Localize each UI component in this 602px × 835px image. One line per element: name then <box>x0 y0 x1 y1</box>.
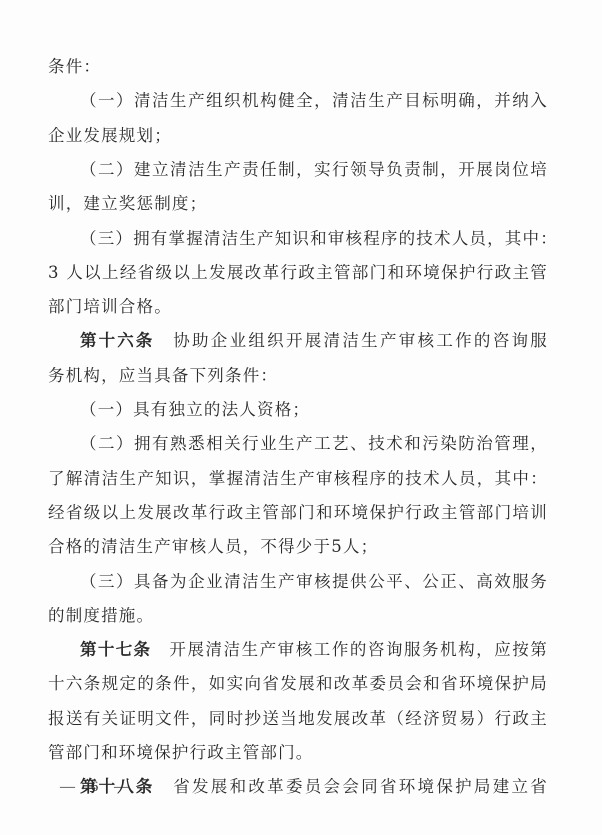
article-17-line: 第十七条 开展清洁生产审核工作的咨询服务机构，应按第 <box>80 639 548 661</box>
text-line: （三）具备为企业清洁生产审核提供公平、公正、高效服务 <box>80 571 548 593</box>
text-line: （二）拥有熟悉相关行业生产工艺、技术和污染防治管理， <box>80 433 548 455</box>
text-line: （一）清洁生产组织机构健全，清洁生产目标明确，并纳入 <box>80 90 548 112</box>
text-line: 管部门和环境保护行政主管部门。 <box>48 742 548 764</box>
text-line: 部门培训合格。 <box>48 296 548 318</box>
text-line: 十六条规定的条件，如实向省发展和改革委员会和省环境保护局 <box>48 673 548 695</box>
article-18-line: 第十八条 省发展和改革委员会会同省环境保护局建立省 <box>80 776 548 798</box>
text-line: （一）具有独立的法人资格； <box>80 399 548 421</box>
text-line: 务机构，应当具备下列条件： <box>48 365 548 387</box>
document-page: 条件： （一）清洁生产组织机构健全，清洁生产目标明确，并纳入 企业发展规划； （… <box>0 0 602 835</box>
text-line: 报送有关证明文件，同时抄送当地发展改革（经济贸易）行政主 <box>48 708 548 730</box>
article-text: 省发展和改革委员会会同省环境保护局建立省 <box>173 777 548 796</box>
text-line: 的制度措施。 <box>48 605 548 627</box>
text-line: 了解清洁生产知识，掌握清洁生产审核程序的技术人员，其中： <box>48 468 548 490</box>
text-line: 3 人以上经省级以上发展改革行政主管部门和环境保护行政主管 <box>48 262 548 284</box>
text-line: （二）建立清洁生产责任制，实行领导负责制，开展岗位培 <box>80 159 548 181</box>
text-line: 条件： <box>48 56 548 78</box>
text-line: 合格的清洁生产审核人员，不得少于5人； <box>48 536 548 558</box>
article-text: 协助企业组织开展清洁生产审核工作的咨询服 <box>173 331 548 350</box>
article-heading: 第十六条 <box>80 331 154 350</box>
text-line: 训，建立奖惩制度； <box>48 193 548 215</box>
text-line: 经省级以上发展改革行政主管部门和环境保护行政主管部门培训 <box>48 502 548 524</box>
text-line: （三）拥有掌握清洁生产知识和审核程序的技术人员，其中： <box>80 228 548 250</box>
text-line: 企业发展规划； <box>48 125 548 147</box>
article-heading: 第十七条 <box>80 640 151 659</box>
article-16-line: 第十六条 协助企业组织开展清洁生产审核工作的咨询服 <box>80 330 548 352</box>
article-heading: 第十八条 <box>80 777 154 796</box>
article-text: 开展清洁生产审核工作的咨询服务机构，应按第 <box>169 640 548 659</box>
